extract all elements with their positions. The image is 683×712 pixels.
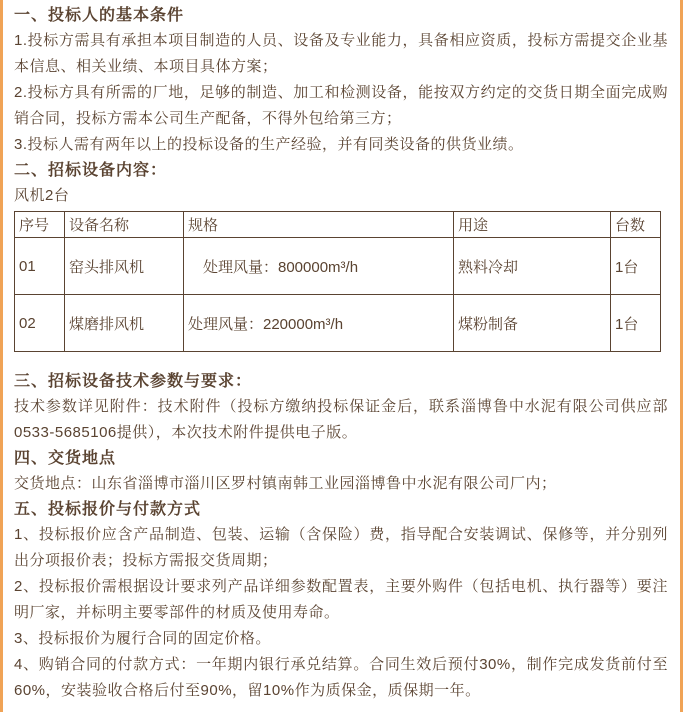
- section-3-heading: 三、招标设备技术参数与要求：: [14, 369, 668, 394]
- section-3-body: 技术参数详见附件：技术附件（投标方缴纳投标保证金后，联系淄博鲁中水泥有限公司供应…: [14, 394, 668, 446]
- fan-count-note: 风机2台: [14, 183, 668, 209]
- section-1-heading: 一、投标人的基本条件: [14, 3, 668, 28]
- section-5-item-3: 3、投标报价为履行合同的固定价格。: [14, 626, 668, 652]
- col-header-index: 序号: [15, 212, 65, 238]
- section-4-body: 交货地点：山东省淄博市淄川区罗村镇南韩工业园淄博鲁中水泥有限公司厂内；: [14, 471, 668, 497]
- section-1-item-1: 1.投标方需具有承担本项目制造的人员、设备及专业能力，具备相应资质，投标方需提交…: [14, 28, 668, 80]
- equipment-table: 序号 设备名称 规格 用途 台数 01 窑头排风机 处理风量：800000m³/…: [14, 211, 661, 352]
- col-header-equipment-name: 设备名称: [65, 212, 184, 238]
- table-row: 02 煤磨排风机 处理风量：220000m³/h 煤粉制备 1台: [15, 295, 661, 352]
- section-1-item-2: 2.投标方具有所需的厂地，足够的制造、加工和检测设备，能按双方约定的交货日期全面…: [14, 80, 668, 132]
- col-header-spec: 规格: [184, 212, 454, 238]
- cell-spec: 处理风量：220000m³/h: [184, 295, 454, 352]
- section-2-heading: 二、招标设备内容：: [14, 158, 668, 183]
- col-header-quantity: 台数: [611, 212, 661, 238]
- col-header-usage: 用途: [454, 212, 611, 238]
- table-row: 01 窑头排风机 处理风量：800000m³/h 熟料冷却 1台: [15, 238, 661, 295]
- section-5-item-1: 1、投标报价应含产品制造、包装、运输（含保险）费，指导配合安装调试、保修等，并分…: [14, 522, 668, 574]
- cell-usage: 煤粉制备: [454, 295, 611, 352]
- cell-quantity: 1台: [611, 295, 661, 352]
- cell-usage: 熟料冷却: [454, 238, 611, 295]
- cell-index: 01: [15, 238, 65, 295]
- equipment-table-header-row: 序号 设备名称 规格 用途 台数: [15, 212, 661, 238]
- section-5-item-2: 2、投标报价需根据设计要求列产品详细参数配置表，主要外购件（包括电机、执行器等）…: [14, 574, 668, 626]
- cell-spec: 处理风量：800000m³/h: [184, 238, 454, 295]
- cell-quantity: 1台: [611, 238, 661, 295]
- section-5-item-4: 4、购销合同的付款方式：一年期内银行承兑结算。合同生效后预付30%，制作完成发货…: [14, 652, 668, 704]
- cell-index: 02: [15, 295, 65, 352]
- section-5-heading: 五、投标报价与付款方式: [14, 497, 668, 522]
- cell-equipment-name: 窑头排风机: [65, 238, 184, 295]
- cell-equipment-name: 煤磨排风机: [65, 295, 184, 352]
- tender-document-page: 一、投标人的基本条件 1.投标方需具有承担本项目制造的人员、设备及专业能力，具备…: [0, 0, 683, 712]
- section-1-item-3: 3.投标人需有两年以上的投标设备的生产经验，并有同类设备的供货业绩。: [14, 132, 668, 158]
- section-4-heading: 四、交货地点: [14, 446, 668, 471]
